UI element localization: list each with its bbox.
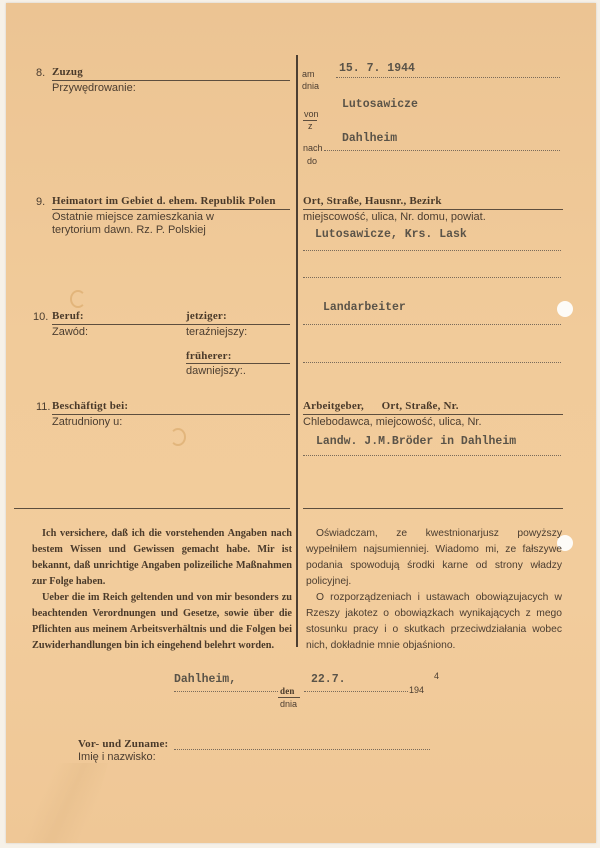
employer-field[interactable]: Landw. J.M.Bröder in Dahlheim [316,435,516,448]
section10-number: 10. [33,311,48,323]
name-label-pl: Imię i nazwisko: [78,751,156,763]
current-occupation-field[interactable]: Landarbeiter [323,301,406,314]
section9-right-label-de: Ort, Straße, Hausnr., Bezirk [303,195,442,207]
section8-rule [52,80,290,81]
z-label: z [308,121,313,131]
section9-rule [52,209,290,210]
former-rule [186,363,290,364]
form-page: 8. Zuzug Przywędrowanie: am 15. 7. 1944 … [6,3,596,843]
former-label-pl: dawniejszy:. [186,365,246,377]
section9-right-rule [303,209,563,210]
section8-label-de: Zuzug [52,66,83,78]
declaration-rule-right [303,508,563,509]
section11-number: 11. [36,401,50,413]
nach-label: nach [303,143,323,153]
declaration-pl: Oświadczam, ze kwestnionarjusz powyższy … [306,526,562,654]
former-occupation-line [303,362,561,363]
signature-place-line [174,691,278,692]
stain-ring-top [70,290,86,308]
name-label-de: Vor- und Zuname: [78,738,168,750]
year-prefix: 194 [409,685,424,695]
do-label: do [307,156,317,166]
section8-number: 8. [36,67,45,79]
hometown-line-2 [303,277,561,278]
current-occupation-line [303,324,561,325]
declaration-pl-paragraph-2: O rozporządzeniach i ustawach obowiązuja… [306,590,562,654]
section9-label-pl: Ostatnie miejsce zamieszkania w terytori… [52,211,252,237]
section11-label-pl: Zatrudniony u: [52,416,122,428]
declaration-pl-paragraph-1: Oświadczam, ze kwestnionarjusz powyższy … [306,526,562,590]
from-place-field[interactable]: Lutosawicze [342,98,418,111]
hometown-line-1 [303,250,561,251]
den-label: den [280,686,295,696]
declaration-de: Ich versichere, daß ich die vorstehenden… [32,526,292,654]
von-label: von [304,109,319,119]
arrival-date-field[interactable]: 15. 7. 1944 [339,62,415,75]
year-suffix: 4 [434,671,439,681]
den-rule [278,697,300,698]
to-place-line [324,150,560,151]
punch-hole-top [557,301,573,317]
declaration-de-paragraph-2: Ueber die im Reich geltenden und von mir… [32,590,292,654]
section10-rule [52,324,290,325]
declaration-de-paragraph-1: Ich versichere, daß ich die vorstehenden… [32,526,292,590]
to-place-field[interactable]: Dahlheim [342,132,397,145]
section8-label-pl: Przywędrowanie: [52,82,136,94]
section11-label-de: Beschäftigt bei: [52,400,128,412]
section9-number: 9. [36,196,45,208]
name-line [174,749,430,750]
section9-label-de: Heimatort im Gebiet d. ehem. Republik Po… [52,195,276,207]
am-label: am [302,69,315,79]
section10-label-pl: Zawód: [52,326,88,338]
column-divider [296,55,298,647]
section11-rule [52,414,290,415]
signature-place-field[interactable]: Dahlheim, [174,673,236,686]
dnia-date-label: dnia [280,699,297,709]
arrival-date-line [336,77,560,78]
declaration-rule-left [14,508,290,509]
section11-right-label-pl: Chlebodawca, miejcowość, ulica, Nr. [303,416,482,428]
hometown-field[interactable]: Lutosawicze, Krs. Lask [315,228,467,241]
section9-right-label-pl: miejscowość, ulica, Nr. domu, powiat. [303,211,486,223]
current-label-de: jetziger: [186,310,227,322]
signature-date-field[interactable]: 22.7. [311,673,346,686]
section11-right-rule [303,414,563,415]
section10-label-de: Beruf: [52,310,84,322]
paper-fold [6,763,108,843]
employer-line [303,455,561,456]
former-label-de: früherer: [186,350,232,362]
current-label-pl: teraźniejszy: [186,326,247,338]
section11-right-label-de: Arbeitgeber, Ort, Straße, Nr. [303,400,459,412]
stain-ring-bottom [170,428,186,446]
dnia-label: dnia [302,81,319,91]
signature-date-line [304,691,408,692]
